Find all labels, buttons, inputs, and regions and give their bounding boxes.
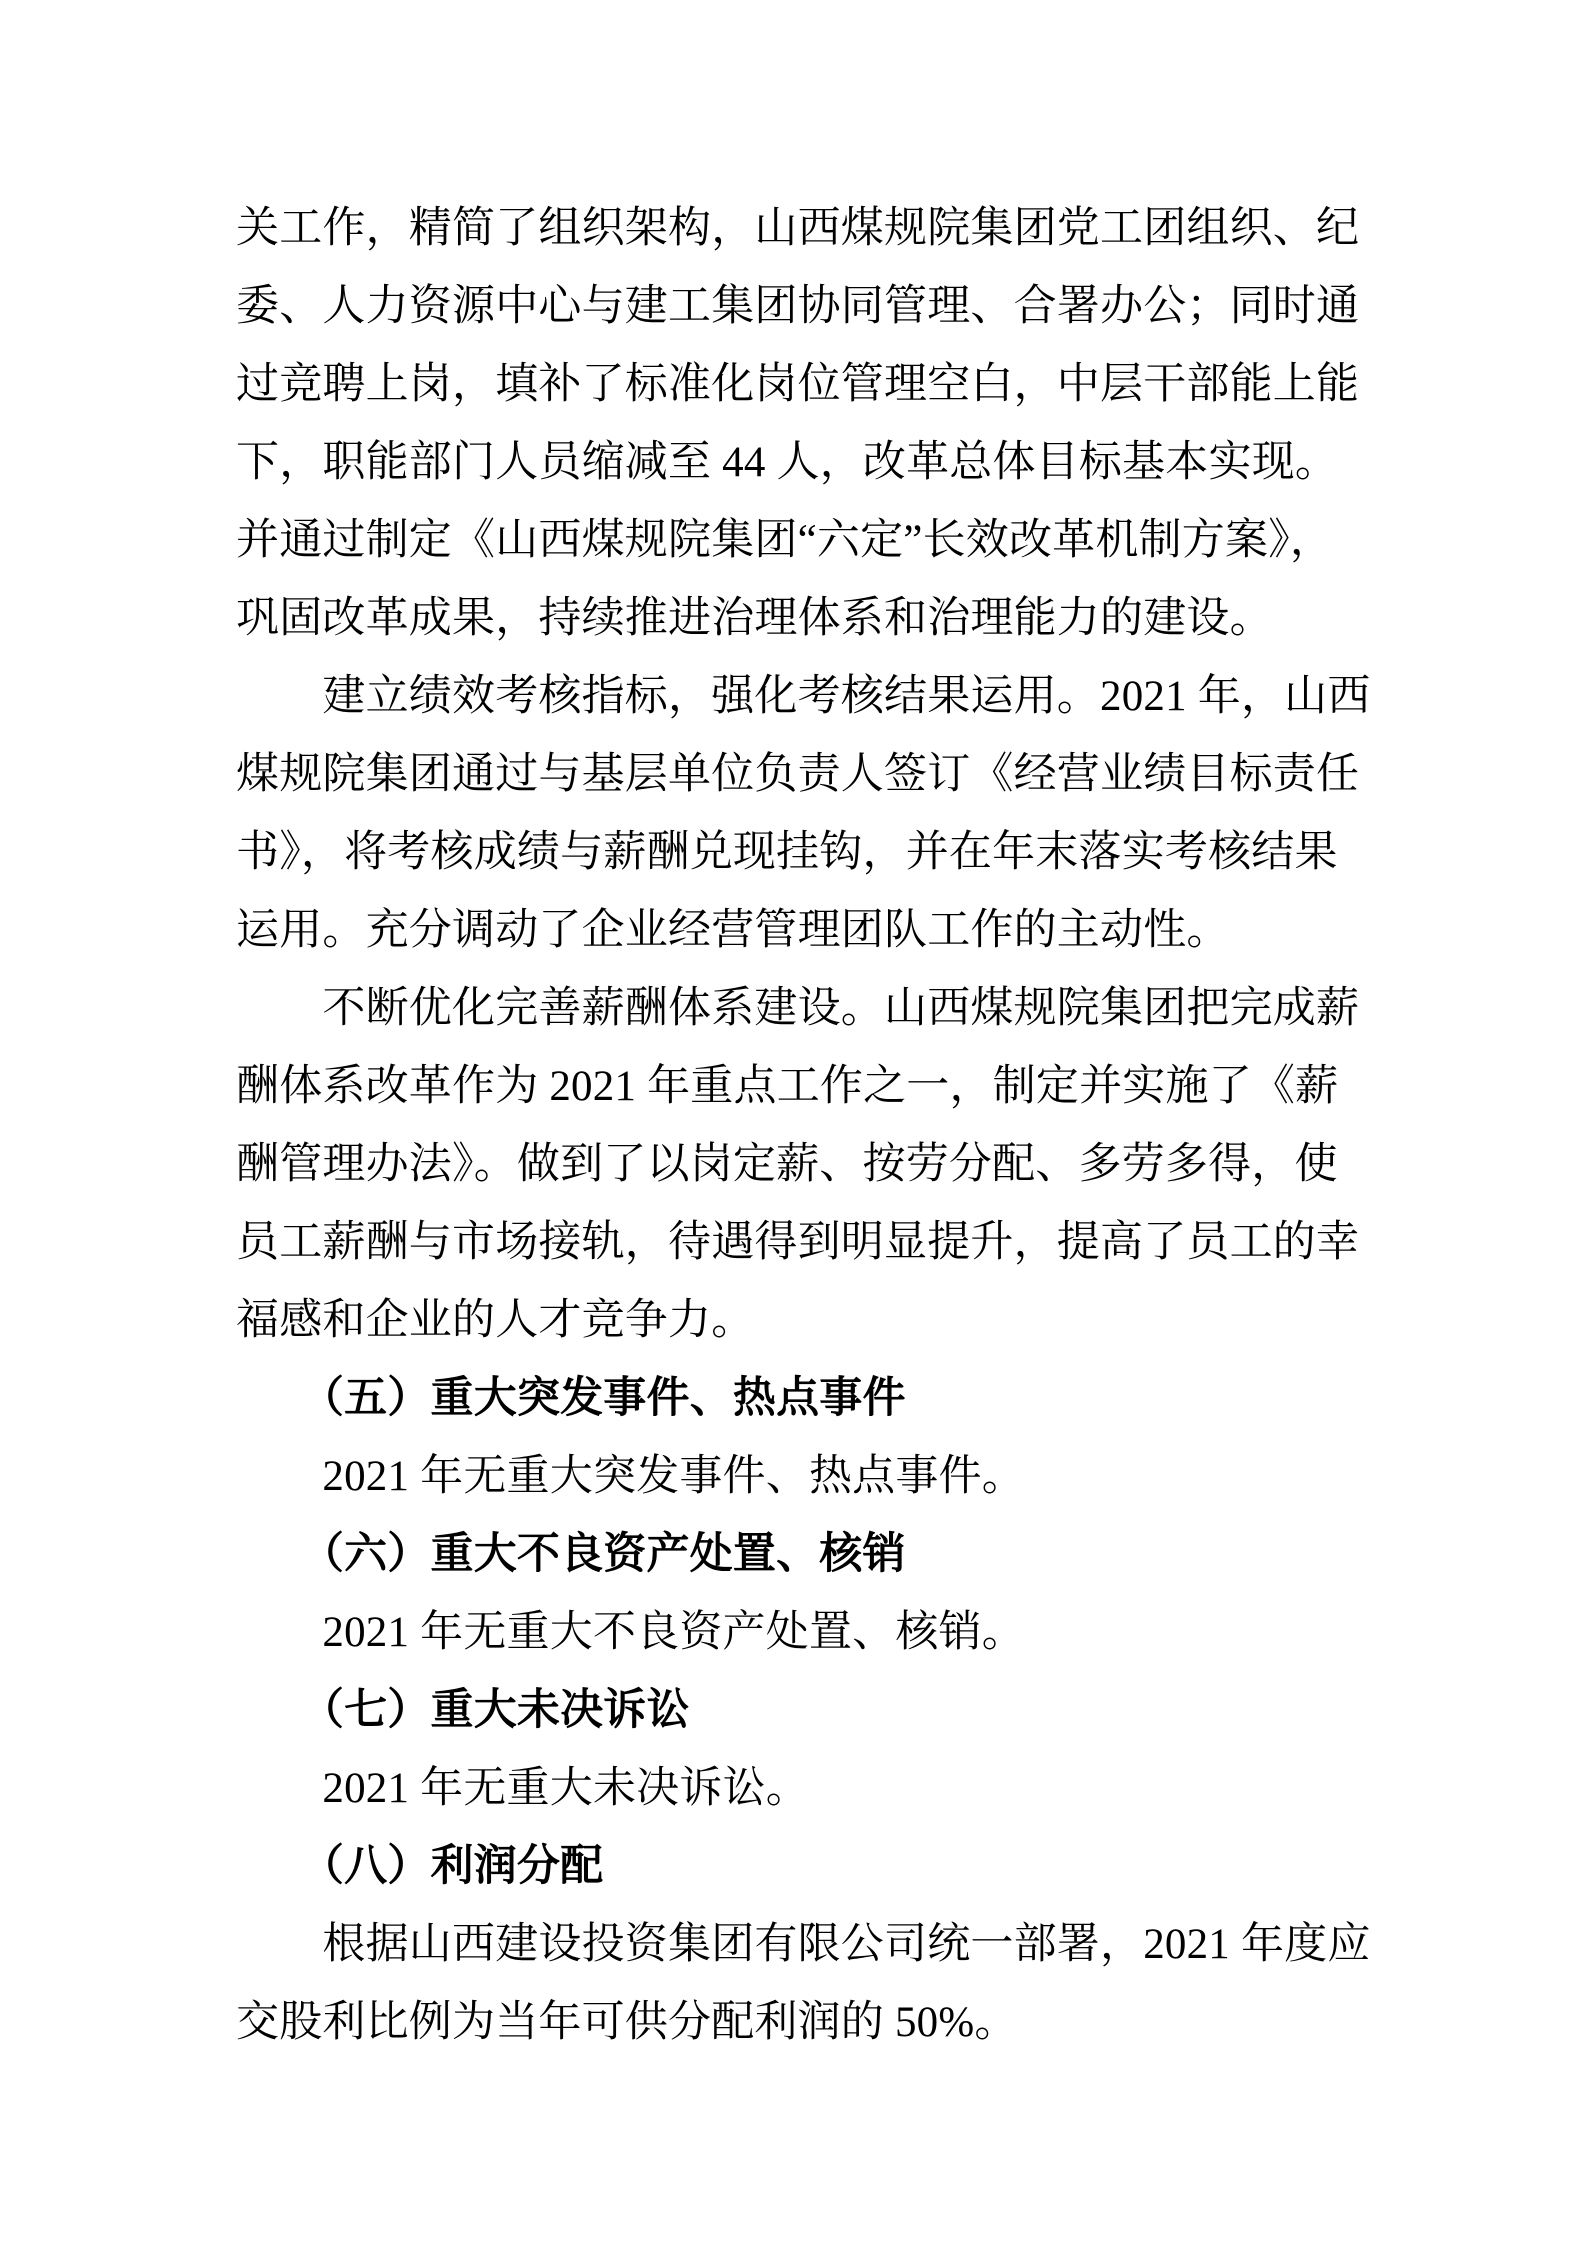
body-paragraph: 2021 年无重大未决诉讼。 bbox=[236, 1750, 1358, 1828]
section-heading: （八）利润分配 bbox=[236, 1828, 1358, 1906]
text-line: 巩固改革成果，持续推进治理体系和治理能力的建设。 bbox=[236, 580, 1358, 658]
section-heading: （六）重大不良资产处置、核销 bbox=[236, 1516, 1358, 1594]
text-line: 员工薪酬与市场接轨，待遇得到明显提升，提高了员工的幸 bbox=[236, 1204, 1358, 1282]
text-line: 建立绩效考核指标，强化考核结果运用。2021 年，山西 bbox=[236, 658, 1358, 736]
text-line: 下，职能部门人员缩减至 44 人，改革总体目标基本实现。 bbox=[236, 424, 1358, 502]
body-paragraph: 2021 年无重大不良资产处置、核销。 bbox=[236, 1594, 1358, 1672]
document-page: 关工作，精简了组织架构，山西煤规院集团党工团组织、纪委、人力资源中心与建工集团协… bbox=[0, 0, 1587, 2245]
text-line: 不断优化完善薪酬体系建设。山西煤规院集团把完成薪 bbox=[236, 970, 1358, 1048]
body-paragraph: 不断优化完善薪酬体系建设。山西煤规院集团把完成薪酬体系改革作为 2021 年重点… bbox=[236, 970, 1358, 1360]
text-line: 2021 年无重大未决诉讼。 bbox=[236, 1750, 1358, 1828]
section-heading: （五）重大突发事件、热点事件 bbox=[236, 1360, 1358, 1438]
text-line: 根据山西建设投资集团有限公司统一部署，2021 年度应 bbox=[236, 1906, 1358, 1984]
document-body: 关工作，精简了组织架构，山西煤规院集团党工团组织、纪委、人力资源中心与建工集团协… bbox=[236, 190, 1358, 2062]
text-line: 酬管理办法》。做到了以岗定薪、按劳分配、多劳多得，使 bbox=[236, 1126, 1358, 1204]
text-line: 2021 年无重大不良资产处置、核销。 bbox=[236, 1594, 1358, 1672]
text-line: 酬体系改革作为 2021 年重点工作之一，制定并实施了《薪 bbox=[236, 1048, 1358, 1126]
body-paragraph: 2021 年无重大突发事件、热点事件。 bbox=[236, 1438, 1358, 1516]
text-line: 书》，将考核成绩与薪酬兑现挂钩，并在年末落实考核结果 bbox=[236, 814, 1358, 892]
text-line: 运用。充分调动了企业经营管理团队工作的主动性。 bbox=[236, 892, 1358, 970]
section-heading: （七）重大未决诉讼 bbox=[236, 1672, 1358, 1750]
text-line: 并通过制定《山西煤规院集团“六定”长效改革机制方案》， bbox=[236, 502, 1358, 580]
heading-line: （五）重大突发事件、热点事件 bbox=[236, 1360, 1358, 1438]
text-line: 交股利比例为当年可供分配利润的 50%。 bbox=[236, 1984, 1358, 2062]
heading-line: （七）重大未决诉讼 bbox=[236, 1672, 1358, 1750]
body-paragraph: 建立绩效考核指标，强化考核结果运用。2021 年，山西煤规院集团通过与基层单位负… bbox=[236, 658, 1358, 970]
text-line: 福感和企业的人才竞争力。 bbox=[236, 1282, 1358, 1360]
text-line: 委、人力资源中心与建工集团协同管理、合署办公；同时通 bbox=[236, 268, 1358, 346]
body-paragraph: 关工作，精简了组织架构，山西煤规院集团党工团组织、纪委、人力资源中心与建工集团协… bbox=[236, 190, 1358, 658]
heading-line: （八）利润分配 bbox=[236, 1828, 1358, 1906]
text-line: 关工作，精简了组织架构，山西煤规院集团党工团组织、纪 bbox=[236, 190, 1358, 268]
body-paragraph: 根据山西建设投资集团有限公司统一部署，2021 年度应交股利比例为当年可供分配利… bbox=[236, 1906, 1358, 2062]
text-line: 2021 年无重大突发事件、热点事件。 bbox=[236, 1438, 1358, 1516]
text-line: 煤规院集团通过与基层单位负责人签订《经营业绩目标责任 bbox=[236, 736, 1358, 814]
text-line: 过竞聘上岗，填补了标准化岗位管理空白，中层干部能上能 bbox=[236, 346, 1358, 424]
heading-line: （六）重大不良资产处置、核销 bbox=[236, 1516, 1358, 1594]
